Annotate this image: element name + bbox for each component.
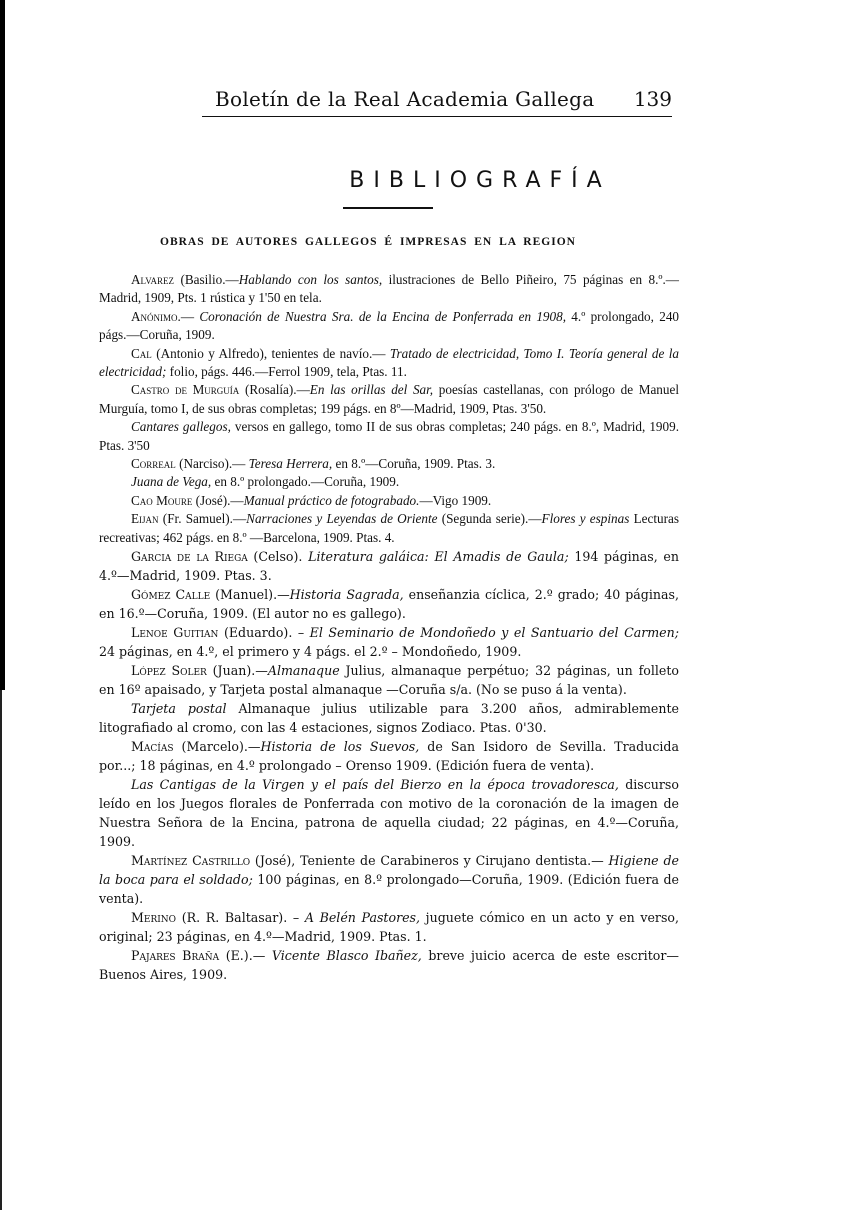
entry-title: Hablando con los santos, xyxy=(239,272,382,287)
entry-author: Alvarez xyxy=(131,272,174,287)
bibliography-entry: Castro de Murguía (Rosalía).—En las oril… xyxy=(99,381,679,418)
entry-author-detail: (Basilio.— xyxy=(174,272,239,287)
subsection-heading: OBRAS DE AUTORES GALLEGOS É IMPRESAS EN … xyxy=(160,236,576,248)
entry-title: Juana de Vega, xyxy=(131,474,211,489)
bibliography-entry: Anónimo.— Coronación de Nuestra Sra. de … xyxy=(99,308,679,345)
entry-title: Historia de los Suevos, xyxy=(261,739,420,754)
entry-author-detail: (E.).— xyxy=(219,948,272,963)
section-divider xyxy=(343,207,433,209)
entry-author: Castro de Murguía xyxy=(131,382,239,397)
scan-edge-bar xyxy=(0,0,5,690)
entry-author-detail: (Celso). xyxy=(248,549,308,564)
entry-details: —Vigo 1909. xyxy=(419,493,491,508)
entry-title: En las orillas del Sar, xyxy=(310,382,433,397)
entry-author: Martínez Castrillo xyxy=(131,853,250,868)
bibliography-entry: Gómez Calle (Manuel).—Historia Sagrada, … xyxy=(99,585,679,623)
entry-title: Vicente Blasco Ibañez, xyxy=(272,948,422,963)
bibliography-entry: Juana de Vega, en 8.º prolongado.—Coruña… xyxy=(99,473,679,491)
entry-title: Las Cantigas de la Virgen y el país del … xyxy=(131,777,619,792)
bibliography-entry: Merino (R. R. Baltasar). – A Belén Pasto… xyxy=(99,908,679,946)
bibliography-entry: Pajares Braña (E.).— Vicente Blasco Ibañ… xyxy=(99,946,679,984)
entry-title: Manual práctico de fotograbado. xyxy=(244,493,420,508)
entry-author: Garcia de la Riega xyxy=(131,549,248,564)
entry-title: Teresa Herrera, xyxy=(249,456,333,471)
entry-author: Merino xyxy=(131,910,176,925)
bibliography-entry: Alvarez (Basilio.—Hablando con los santo… xyxy=(99,271,679,308)
entry-author-detail: (Narciso).— xyxy=(176,456,249,471)
entry-author-detail: (Antonio y Alfredo), tenientes de navío.… xyxy=(152,346,390,361)
entry-author-detail: (R. R. Baltasar). – xyxy=(176,910,305,925)
entry-author-detail: (Marcelo).— xyxy=(174,739,261,754)
entry-author: Cao Moure xyxy=(131,493,192,508)
entry-title: El Seminario de Mondoñedo y el Santuario… xyxy=(310,625,679,640)
entry-author-detail: (Manuel).— xyxy=(210,587,290,602)
entry-author: Anónimo xyxy=(131,309,178,324)
entry-details: (Segunda serie).— xyxy=(437,511,541,526)
bibliography-entry: Las Cantigas de la Virgen y el país del … xyxy=(99,775,679,851)
entry-title-secondary: Flores y espinas xyxy=(542,511,630,526)
running-header: Boletín de la Real Academia Gallega 139 xyxy=(215,87,672,115)
bibliography-entry: Cal (Antonio y Alfredo), tenientes de na… xyxy=(99,345,679,382)
entry-title: Narraciones y Leyendas de Oriente xyxy=(246,511,437,526)
entry-author-detail: (Fr. Samuel).— xyxy=(159,511,247,526)
entry-author-detail: (José), Teniente de Carabineros y Ciruja… xyxy=(250,853,608,868)
bibliography-entry: Cao Moure (José).—Manual práctico de fot… xyxy=(99,492,679,510)
entry-author: Eijan xyxy=(131,511,159,526)
entry-details: 24 páginas, en 4.º, el primero y 4 págs.… xyxy=(99,644,521,659)
bibliography-entry: Tarjeta postal Almanaque julius utilizab… xyxy=(99,699,679,737)
bibliography-entry: Eijan (Fr. Samuel).—Narraciones y Leyend… xyxy=(99,510,679,547)
entry-details: en 8.º—Coruña, 1909. Ptas. 3. xyxy=(332,456,495,471)
entry-author: Macías xyxy=(131,739,174,754)
entry-author: Cal xyxy=(131,346,152,361)
entry-author: Lenoe Guitian xyxy=(131,625,218,640)
bibliography-entry: Martínez Castrillo (José), Teniente de C… xyxy=(99,851,679,908)
journal-title: Boletín de la Real Academia Gallega xyxy=(215,87,595,111)
entry-author: López Soler xyxy=(131,663,207,678)
entry-author-detail: .— xyxy=(178,309,200,324)
page-number: 139 xyxy=(634,87,672,111)
bibliography-list: Alvarez (Basilio.—Hablando con los santo… xyxy=(99,271,679,984)
bibliography-entry: Garcia de la Riega (Celso). Literatura g… xyxy=(99,547,679,585)
entry-author-detail: (Rosalía).— xyxy=(239,382,309,397)
entry-title: Cantares gallegos, xyxy=(131,419,231,434)
entry-title: Tarjeta postal xyxy=(131,701,227,716)
entry-author: Gómez Calle xyxy=(131,587,210,602)
entry-author: Pajares Braña xyxy=(131,948,219,963)
header-rule xyxy=(202,116,672,117)
bibliography-entry: Macías (Marcelo).—Historia de los Suevos… xyxy=(99,737,679,775)
entry-author-detail: (Eduardo). – xyxy=(218,625,309,640)
entry-title: Literatura galáica: El Amadis de Gaula; xyxy=(308,549,569,564)
entry-details: en 8.º prolongado.—Coruña, 1909. xyxy=(211,474,399,489)
entry-author-detail: (Juan).— xyxy=(207,663,268,678)
entry-author-detail: (José).— xyxy=(192,493,243,508)
entry-author: Correal xyxy=(131,456,176,471)
section-title: BIBLIOGRAFÍA xyxy=(0,168,850,193)
entry-title: Coronación de Nuestra Sra. de la Encina … xyxy=(199,309,566,324)
entry-title: A Belén Pastores, xyxy=(305,910,420,925)
entry-details: folio, págs. 446.—Ferrol 1909, tela, Pta… xyxy=(166,364,407,379)
bibliography-entry: Correal (Narciso).— Teresa Herrera, en 8… xyxy=(99,455,679,473)
bibliography-entry: Cantares gallegos, versos en gallego, to… xyxy=(99,418,679,455)
scan-edge-bar-lower xyxy=(0,690,2,1210)
bibliography-entry: Lenoe Guitian (Eduardo). – El Seminario … xyxy=(99,623,679,661)
entry-title: Historia Sagrada, xyxy=(290,587,404,602)
entry-title: Almanaque xyxy=(268,663,340,678)
bibliography-entry: López Soler (Juan).—Almanaque Julius, al… xyxy=(99,661,679,699)
